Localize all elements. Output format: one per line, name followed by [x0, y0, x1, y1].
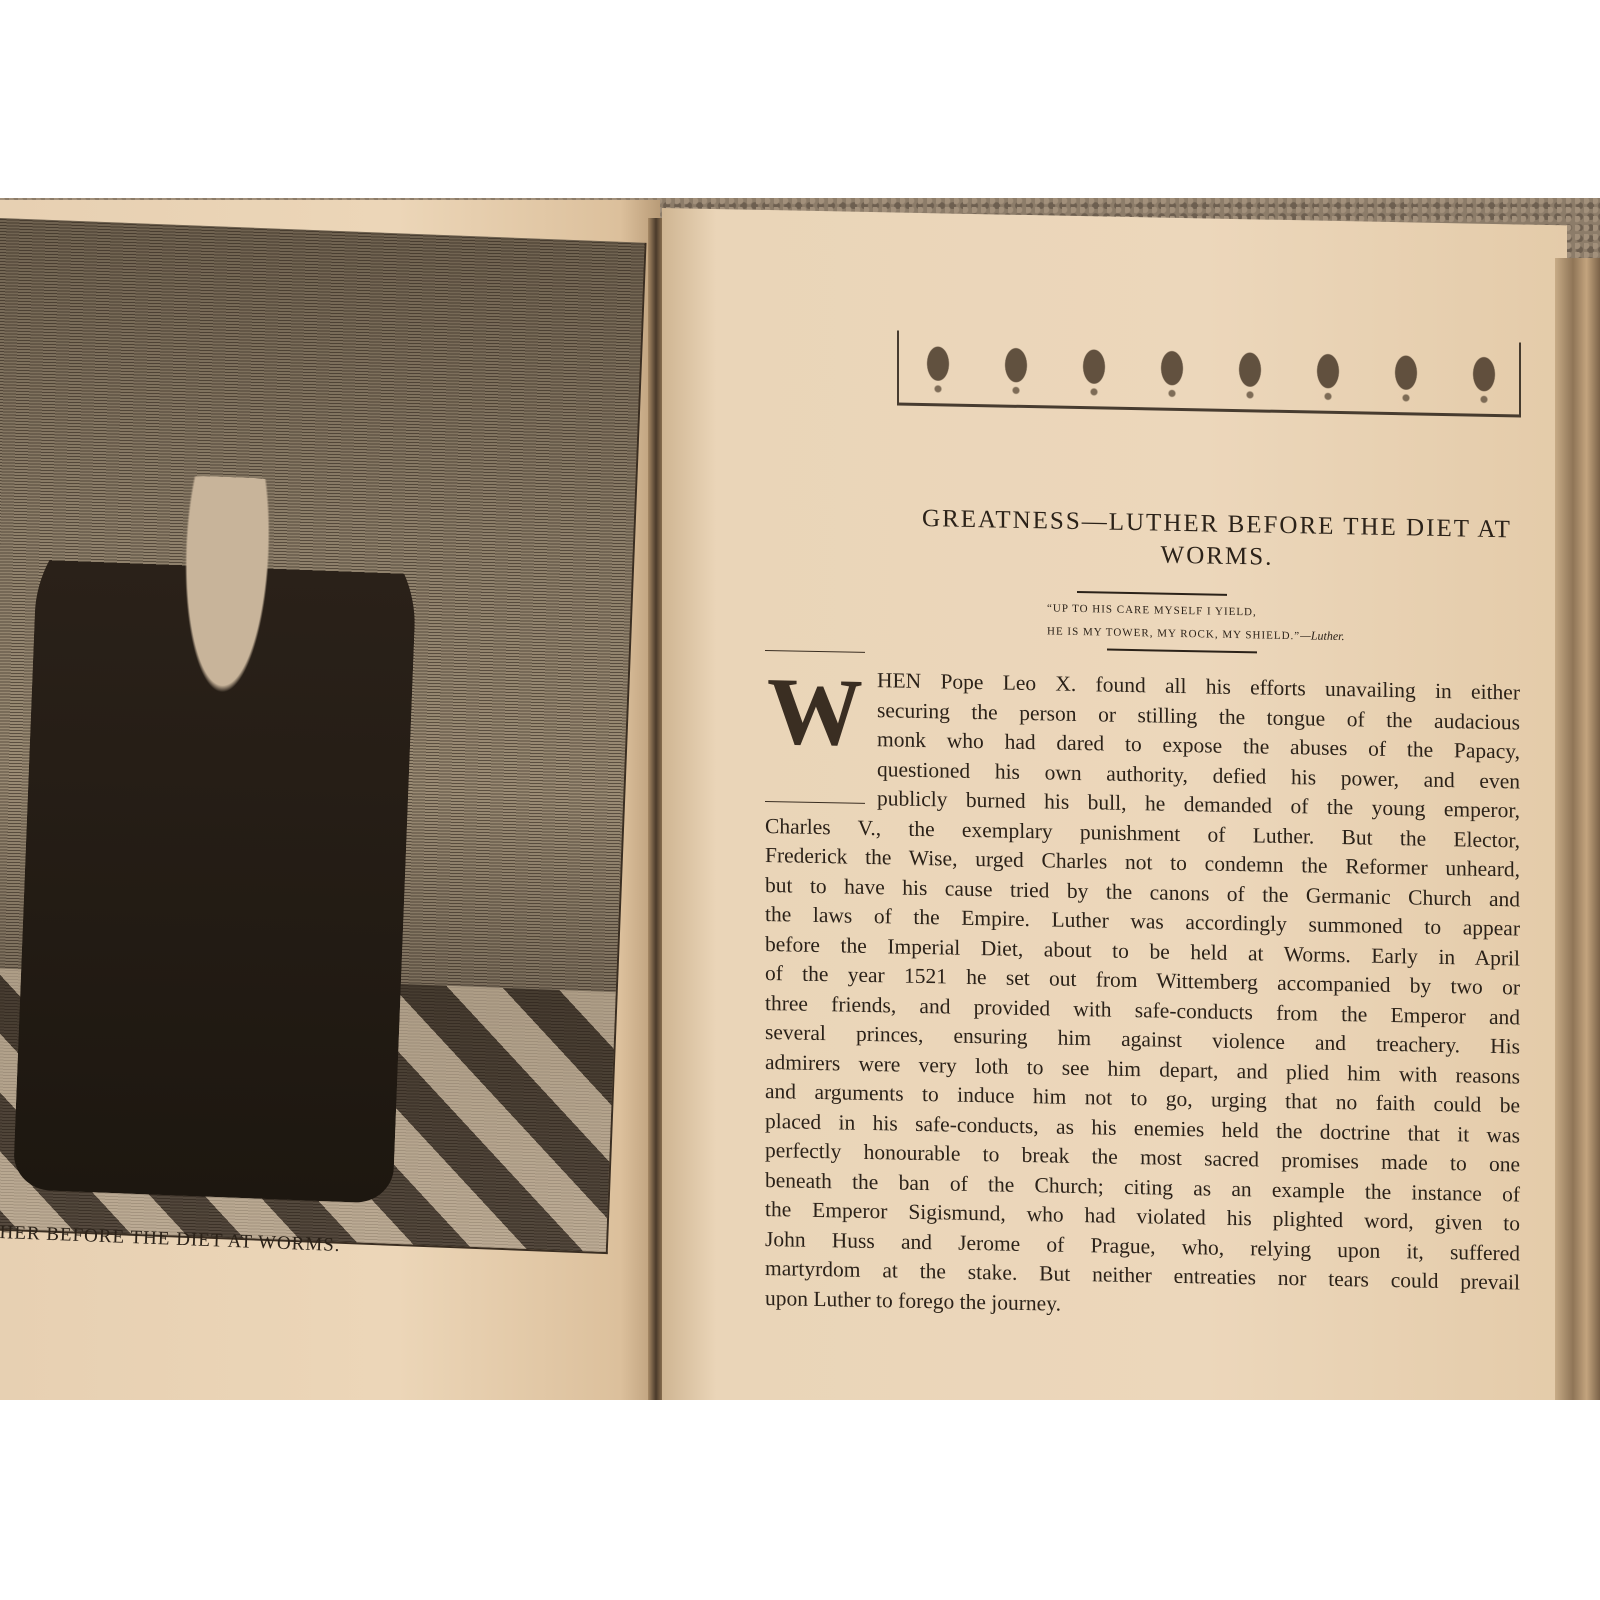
- ornamental-banner: [897, 331, 1521, 418]
- epigraph: “UP TO HIS CARE MYSELF I YIELD, HE IS MY…: [1047, 597, 1345, 648]
- chapter-title: GREATNESS—LUTHER BEFORE THE DIET AT WORM…: [887, 502, 1547, 579]
- right-page: GREATNESS—LUTHER BEFORE THE DIET AT WORM…: [662, 208, 1567, 1400]
- engraving-illustration: [0, 218, 647, 1254]
- body-paragraph: HEN Pope Leo X. found all his efforts un…: [765, 664, 1520, 1327]
- epigraph-line-2: HE IS MY TOWER, MY ROCK, MY SHIELD.”—Lut…: [1047, 619, 1345, 648]
- page-stack-edge: [1555, 258, 1600, 1400]
- book-photograph: HER BEFORE THE DIET AT WORMS. GREATNESS—…: [0, 198, 1600, 1400]
- epigraph-attribution: —Luther.: [1300, 628, 1344, 643]
- rule-top: [1077, 591, 1227, 596]
- left-page: HER BEFORE THE DIET AT WORMS.: [0, 200, 660, 1400]
- luther-figure: [13, 470, 420, 1204]
- rule-bottom: [1107, 649, 1257, 654]
